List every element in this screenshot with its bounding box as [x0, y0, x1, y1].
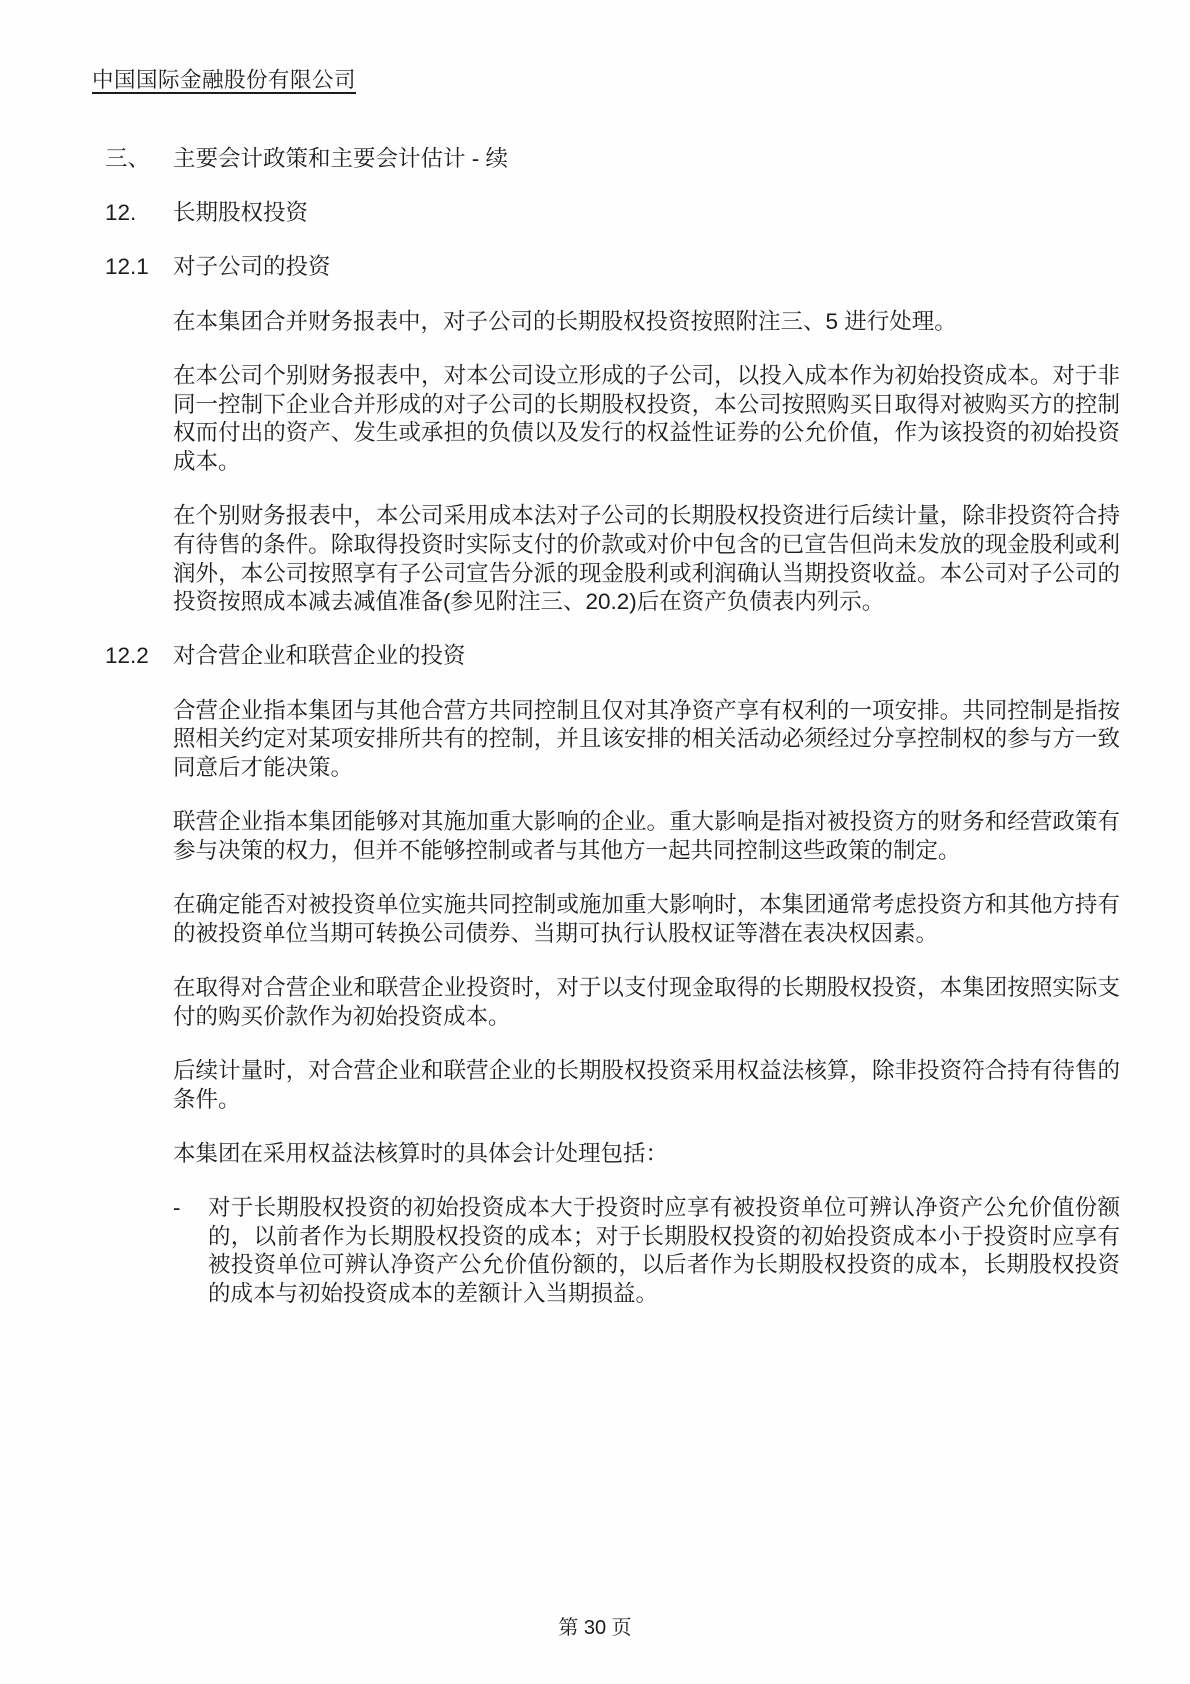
paragraph: 在个别财务报表中，本公司采用成本法对子公司的长期股权投资进行后续计量，除非投资符… [173, 502, 1120, 617]
chapter-number: 12. [105, 199, 173, 228]
list-item-text: 对于长期股权投资的初始投资成本大于投资时应享有被投资单位可辨认净资产公允价值份额… [208, 1194, 1120, 1309]
company-name-header: 中国国际金融股份有限公司 [92, 66, 356, 94]
page-number: 第 30 页 [0, 1615, 1190, 1641]
paragraph: 在取得对合营企业和联营企业投资时，对于以支付现金取得的长期股权投资，本集团按照实… [173, 974, 1120, 1031]
document-page: 中国国际金融股份有限公司 三、 主要会计政策和主要会计估计 - 续 12. 长期… [0, 0, 1190, 1684]
subsection-title: 对子公司的投资 [173, 253, 1120, 282]
subsection-title: 对合营企业和联营企业的投资 [173, 642, 1120, 671]
subsection-number: 12.1 [105, 253, 173, 282]
paragraph: 在本公司个别财务报表中，对本公司设立形成的子公司，以投入成本作为初始投资成本。对… [173, 362, 1120, 477]
paragraph: 联营企业指本集团能够对其施加重大影响的企业。重大影响是指对被投资方的财务和经营政… [173, 808, 1120, 865]
paragraph: 在确定能否对被投资单位实施共同控制或施加重大影响时，本集团通常考虑投资方和其他方… [173, 891, 1120, 948]
section-heading-3: 三、 主要会计政策和主要会计估计 - 续 [105, 145, 1120, 174]
paragraph: 合营企业指本集团与其他合营方共同控制且仅对其净资产享有权利的一项安排。共同控制是… [173, 697, 1120, 783]
list-item: - 对于长期股权投资的初始投资成本大于投资时应享有被投资单位可辨认净资产公允价值… [173, 1194, 1120, 1309]
paragraph: 本集团在采用权益法核算时的具体会计处理包括： [173, 1140, 1120, 1169]
subsection-heading-12-1: 12.1 对子公司的投资 [105, 253, 1120, 282]
chapter-title: 长期股权投资 [173, 199, 1120, 228]
bullet-dash: - [173, 1194, 208, 1309]
paragraph: 后续计量时，对合营企业和联营企业的长期股权投资采用权益法核算，除非投资符合持有待… [173, 1057, 1120, 1114]
subsection-number: 12.2 [105, 642, 173, 671]
subsection-heading-12-2: 12.2 对合营企业和联营企业的投资 [105, 642, 1120, 671]
section-number: 三、 [105, 145, 173, 174]
document-body: 三、 主要会计政策和主要会计估计 - 续 12. 长期股权投资 12.1 对子公… [105, 145, 1120, 1334]
chapter-heading-12: 12. 长期股权投资 [105, 199, 1120, 228]
section-title: 主要会计政策和主要会计估计 - 续 [173, 145, 1120, 174]
paragraph: 在本集团合并财务报表中，对子公司的长期股权投资按照附注三、5 进行处理。 [173, 308, 1120, 337]
